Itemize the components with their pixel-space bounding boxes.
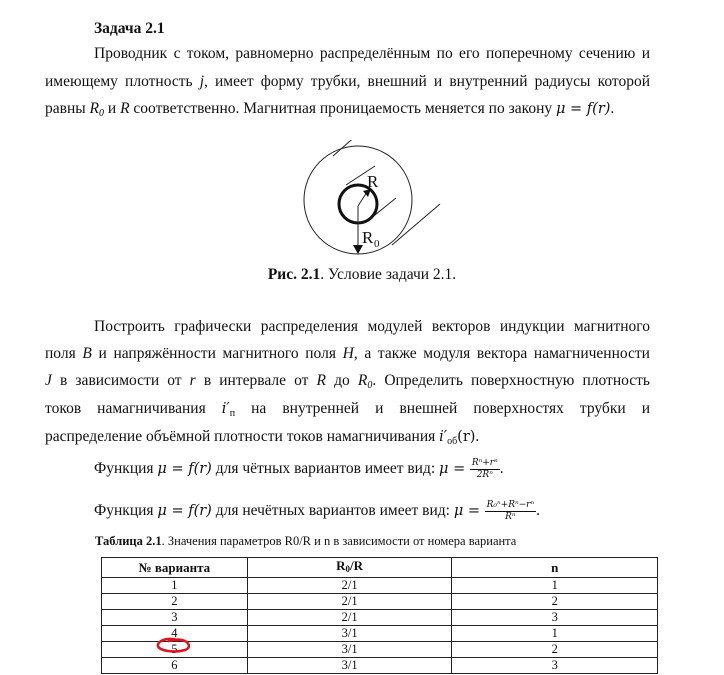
symbol-R0: R [90,100,99,117]
symbol-R0: R [358,372,367,389]
paragraph2-line2: поля B и напряжённости магнитного поля H… [45,345,650,363]
symbol-R: R [120,100,129,117]
text: . Определить поверхностную плотность [372,372,650,389]
cell-ratio: 2/1 [247,578,452,594]
denominator: 2Rⁿ [470,470,500,481]
paragraph2-line3: J в зависимости от r в интервале от R до… [45,372,650,391]
numerator: R₀ⁿ+Rⁿ−rⁿ [485,500,537,512]
tangent-line-top [333,140,358,156]
function-odd: Функция μ = f(r) для нечётных вариантов … [94,500,540,523]
header-ratio: R0/R [247,558,452,578]
table-caption-label: Таблица 2.1 [95,534,162,548]
text: в интервале от [196,372,317,389]
table-row: 32/13 [102,610,658,626]
paragraph2-line1: Построить графически распределения модул… [94,318,650,336]
cell-n: 1 [452,578,658,594]
text: для чётных вариантов имеет вид: [212,460,439,477]
caption-text: . Условие задачи 2.1. [320,266,456,283]
label-R: R [367,172,379,191]
subscript: об [447,436,457,447]
math-mu: μ = [439,461,470,477]
cell-n: 2 [452,642,658,658]
caption-label: Рис. 2.1 [268,266,320,283]
math-arg: (r) [457,429,475,445]
label-R0-sub: 0 [374,238,380,250]
cell-ratio: 3/1 [247,642,452,658]
text: , а также модуля вектора намагниченности [354,345,650,362]
label-R0: R [362,228,374,247]
symbol-R: R [317,372,326,389]
table-caption: Таблица 2.1. Значения параметров R0/R и … [95,534,516,549]
highlight-stroke [158,639,189,651]
text: Функция [94,502,157,519]
cell-variant: 2 [102,594,248,610]
symbol-i-surface: i′ [222,401,230,417]
table-row: 63/13 [102,658,658,674]
cell-n: 3 [452,658,658,674]
paragraph1-line2: имеющему плотность j, имеет форму трубки… [45,73,650,91]
function-even: Функция μ = f(r) для чётных вариантов им… [94,458,504,481]
cell-ratio: 3/1 [247,658,452,674]
cell-ratio: 3/1 [247,626,452,642]
paragraph2-line5: распределение объёмной плотности токов н… [45,428,650,447]
header-ratio-tail: /R [350,558,363,573]
math-mu: μ = [454,503,485,519]
paragraph2-line4: токов намагничивания i′п на внутренней и… [45,400,650,419]
math-law: μ = f(r) [157,461,211,477]
text: токов намагничивания [45,400,222,417]
cell-ratio: 2/1 [247,594,452,610]
text: в зависимости от [52,372,190,389]
tangent-line-bottom [392,204,440,245]
text: распределение объёмной плотности токов н… [45,428,439,445]
cell-ratio: 2/1 [247,610,452,626]
text: . [536,502,540,519]
symbol-i-volume: i′ [439,429,447,445]
denominator: Rⁿ [485,512,537,523]
text: . [500,460,504,477]
symbol-H: H [343,345,354,362]
text: поля [45,345,82,362]
math-law: μ = f(r) [556,101,610,117]
cell-n: 2 [452,594,658,610]
text: равны [45,100,90,117]
symbol-B: B [82,345,91,362]
text: имеющему плотность [45,73,200,90]
paragraph1-line1: Проводник с током, равномерно распределё… [94,45,650,63]
variants-table: № варианта R0/R n 12/1122/1232/1343/1153… [101,557,658,674]
text: , имеет форму трубки, внешний и внутренн… [204,73,650,90]
text: . [610,100,614,117]
text: соответственно. Магнитная проницаемость … [130,100,556,117]
text: и [104,100,120,117]
table-row: 12/11 [102,578,658,594]
text: . [475,428,479,445]
numerator: Rⁿ+rⁿ [470,458,500,470]
cell-variant: 6 [102,658,248,674]
text: для нечётных вариантов имеет вид: [212,502,454,519]
cell-variant: 3 [102,610,248,626]
cell-variant: 1 [102,578,248,594]
fraction-odd: R₀ⁿ+Rⁿ−rⁿRⁿ [485,500,537,523]
task-title: Задача 2.1 [94,20,165,38]
table-row: 22/12 [102,594,658,610]
header-ratio-R: R [336,558,345,573]
tube-cross-section-figure: R R 0 [290,140,450,265]
text: Функция [94,460,157,477]
cell-n: 1 [452,626,658,642]
text: на внутренней и внешней поверхностях тру… [235,400,650,417]
text: до [326,372,358,389]
fraction-even: Rⁿ+rⁿ2Rⁿ [470,458,500,481]
math-law: μ = f(r) [157,503,211,519]
header-variant: № варианта [102,558,248,578]
table-caption-text: . Значения параметров R0/R и n в зависим… [162,534,517,548]
paragraph1-line3: равны R0 и R соответственно. Магнитная п… [45,100,650,119]
red-circle-highlight [155,637,192,654]
table-header-row: № варианта R0/R n [102,558,658,578]
header-n: n [452,558,658,578]
text: и напряжённости магнитного поля [92,345,343,362]
tangent-line-inner-bottom [370,198,396,219]
symbol-J: J [45,372,52,389]
figure-caption: Рис. 2.1. Условие задачи 2.1. [0,266,724,284]
cell-n: 3 [452,610,658,626]
